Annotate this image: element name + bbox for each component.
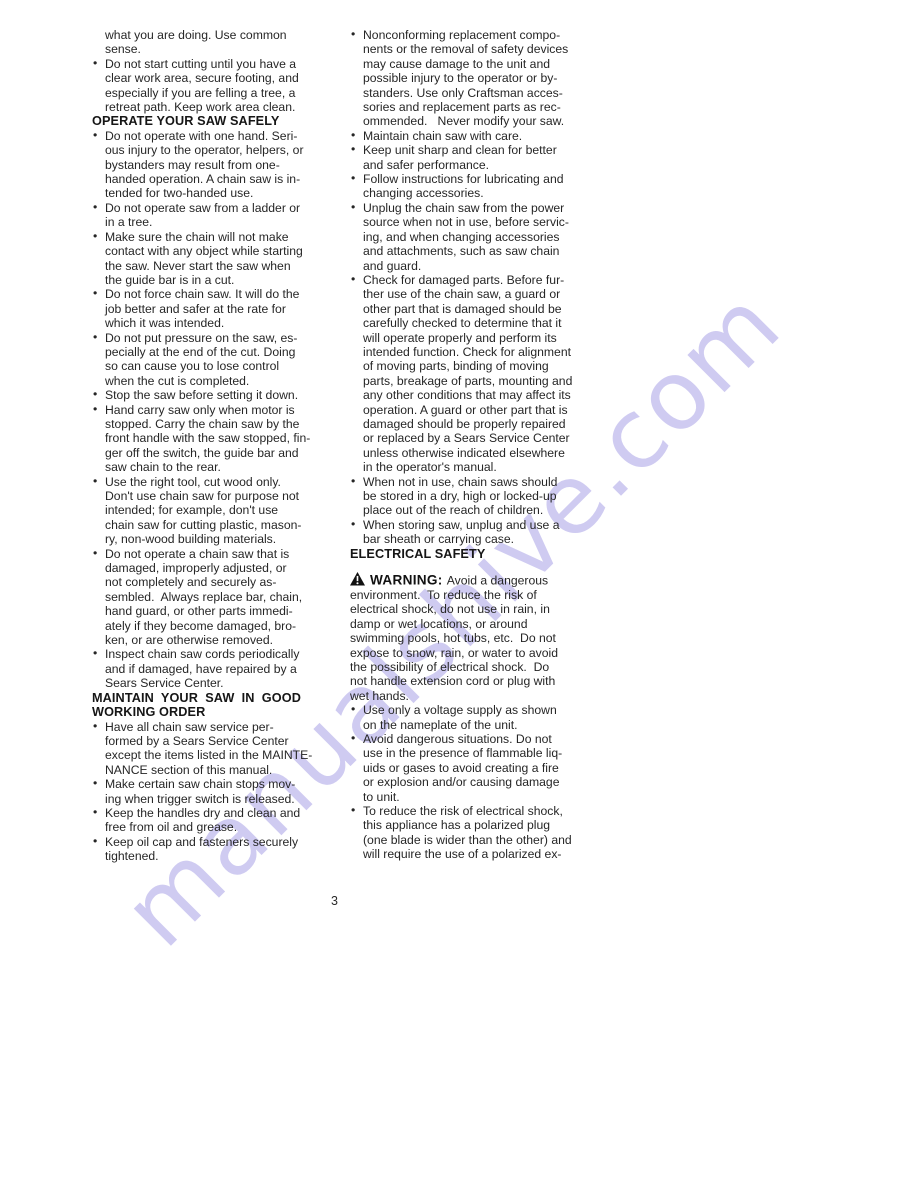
page-number: 3	[331, 894, 338, 908]
list-item: •Keep the handles dry and clean and free…	[92, 806, 348, 835]
list-item: •When not in use, chain saws should be s…	[350, 475, 606, 518]
list-item-text: Use the right tool, cut wood only. Don't…	[105, 475, 301, 547]
list-item-text: Stop the saw before setting it down.	[105, 388, 298, 402]
bullet-marker: •	[351, 803, 355, 817]
list-item: •Do not start cutting until you have a c…	[92, 57, 348, 115]
list-item: •Follow instructions for lubricating and…	[350, 172, 606, 201]
bullet-marker: •	[351, 517, 355, 531]
list-item-text: Have all chain saw service per- formed b…	[105, 720, 312, 777]
bullet-marker: •	[93, 56, 97, 70]
list-item: •To reduce the risk of electrical shock,…	[350, 804, 606, 862]
list-item: •Keep oil cap and fasteners securely tig…	[92, 835, 348, 864]
section-heading: MAINTAIN YOUR SAW IN GOOD WORKING ORDER	[92, 691, 348, 720]
bullet-marker: •	[351, 474, 355, 488]
bullet-marker: •	[93, 646, 97, 660]
list-item-text: Maintain chain saw with care.	[363, 129, 522, 143]
warning-paragraph: WARNING: Avoid a dangerous environment. …	[350, 572, 606, 703]
document-page: manualshive.com what you are doing. Use …	[0, 0, 918, 1188]
text-column-left: what you are doing. Use common sense.•Do…	[92, 28, 348, 864]
list-item: •Do not operate a chain saw that is dama…	[92, 547, 348, 648]
list-item: •Check for damaged parts. Before fur- th…	[350, 273, 606, 475]
list-item: •Make certain saw chain stops mov- ing w…	[92, 777, 348, 806]
bullet-marker: •	[93, 474, 97, 488]
bullet-marker: •	[93, 387, 97, 401]
list-item-text: Keep oil cap and fasteners securely tigh…	[105, 835, 298, 863]
bullet-marker: •	[351, 731, 355, 745]
bullet-marker: •	[351, 171, 355, 185]
list-item-text: Inspect chain saw cords periodically and…	[105, 647, 299, 690]
list-item: •Make sure the chain will not make conta…	[92, 230, 348, 288]
list-item: •Stop the saw before setting it down.	[92, 388, 348, 402]
list-item: •Do not force chain saw. It will do the …	[92, 287, 348, 330]
bullet-marker: •	[351, 200, 355, 214]
text-column-right: •Nonconforming replacement compo- nents …	[350, 28, 606, 862]
list-item-text: Do not operate with one hand. Seri- ous …	[105, 129, 304, 201]
list-item: •Keep unit sharp and clean for better an…	[350, 143, 606, 172]
bullet-marker: •	[351, 272, 355, 286]
list-item: •Nonconforming replacement compo- nents …	[350, 28, 606, 129]
list-item-text: Make sure the chain will not make contac…	[105, 230, 303, 287]
list-item-text: Hand carry saw only when motor is stoppe…	[105, 403, 310, 475]
bullet-marker: •	[93, 834, 97, 848]
list-item-text: Follow instructions for lubricating and …	[363, 172, 564, 200]
list-item-text: Do not operate saw from a ladder or in a…	[105, 201, 300, 229]
bullet-marker: •	[93, 402, 97, 416]
section-heading: ELECTRICAL SAFETY	[350, 547, 606, 561]
list-item-text: Do not operate a chain saw that is damag…	[105, 547, 302, 647]
list-item: •Have all chain saw service per- formed …	[92, 720, 348, 778]
list-item: •Avoid dangerous situations. Do not use …	[350, 732, 606, 804]
list-item: •Hand carry saw only when motor is stopp…	[92, 403, 348, 475]
bullet-marker: •	[93, 719, 97, 733]
continuation-text: what you are doing. Use common sense.	[92, 28, 348, 57]
list-item-text: Do not force chain saw. It will do the j…	[105, 287, 299, 330]
list-item: •Use the right tool, cut wood only. Don'…	[92, 475, 348, 547]
list-item: •Inspect chain saw cords periodically an…	[92, 647, 348, 690]
list-item-text: Keep unit sharp and clean for better and…	[363, 143, 557, 171]
list-item: •Use only a voltage supply as shown on t…	[350, 703, 606, 732]
bullet-marker: •	[93, 229, 97, 243]
section-heading: OPERATE YOUR SAW SAFELY	[92, 114, 348, 128]
list-item: •Do not operate with one hand. Seri- ous…	[92, 129, 348, 201]
list-item-text: Unplug the chain saw from the power sour…	[363, 201, 569, 273]
list-item-text: Keep the handles dry and clean and free …	[105, 806, 300, 834]
bullet-marker: •	[351, 128, 355, 142]
list-item-text: When storing saw, unplug and use a bar s…	[363, 518, 559, 546]
bullet-marker: •	[93, 330, 97, 344]
list-item-text: To reduce the risk of electrical shock, …	[363, 804, 572, 861]
warning-text: Avoid a dangerous environment. To reduce…	[350, 574, 558, 703]
list-item-text: Make certain saw chain stops mov- ing wh…	[105, 777, 295, 805]
list-item-text: Do not put pressure on the saw, es- peci…	[105, 331, 297, 388]
bullet-marker: •	[351, 27, 355, 41]
bullet-marker: •	[93, 805, 97, 819]
bullet-marker: •	[93, 200, 97, 214]
bullet-marker: •	[93, 776, 97, 790]
list-item-text: Nonconforming replacement compo- nents o…	[363, 28, 568, 128]
list-item: •Do not operate saw from a ladder or in …	[92, 201, 348, 230]
list-item-text: Check for damaged parts. Before fur- the…	[363, 273, 572, 474]
list-item: •Unplug the chain saw from the power sou…	[350, 201, 606, 273]
warning-label: WARNING:	[370, 573, 447, 588]
bullet-marker: •	[93, 128, 97, 142]
list-item-text: Do not start cutting until you have a cl…	[105, 57, 299, 114]
list-item: •When storing saw, unplug and use a bar …	[350, 518, 606, 547]
bullet-marker: •	[93, 546, 97, 560]
bullet-marker: •	[351, 702, 355, 716]
list-item: •Do not put pressure on the saw, es- pec…	[92, 331, 348, 389]
warning-triangle-icon	[350, 572, 365, 586]
list-item-text: Avoid dangerous situations. Do not use i…	[363, 732, 562, 804]
bullet-marker: •	[93, 286, 97, 300]
list-item-text: Use only a voltage supply as shown on th…	[363, 703, 557, 731]
list-item-text: When not in use, chain saws should be st…	[363, 475, 557, 518]
bullet-marker: •	[351, 142, 355, 156]
list-item: •Maintain chain saw with care.	[350, 129, 606, 143]
